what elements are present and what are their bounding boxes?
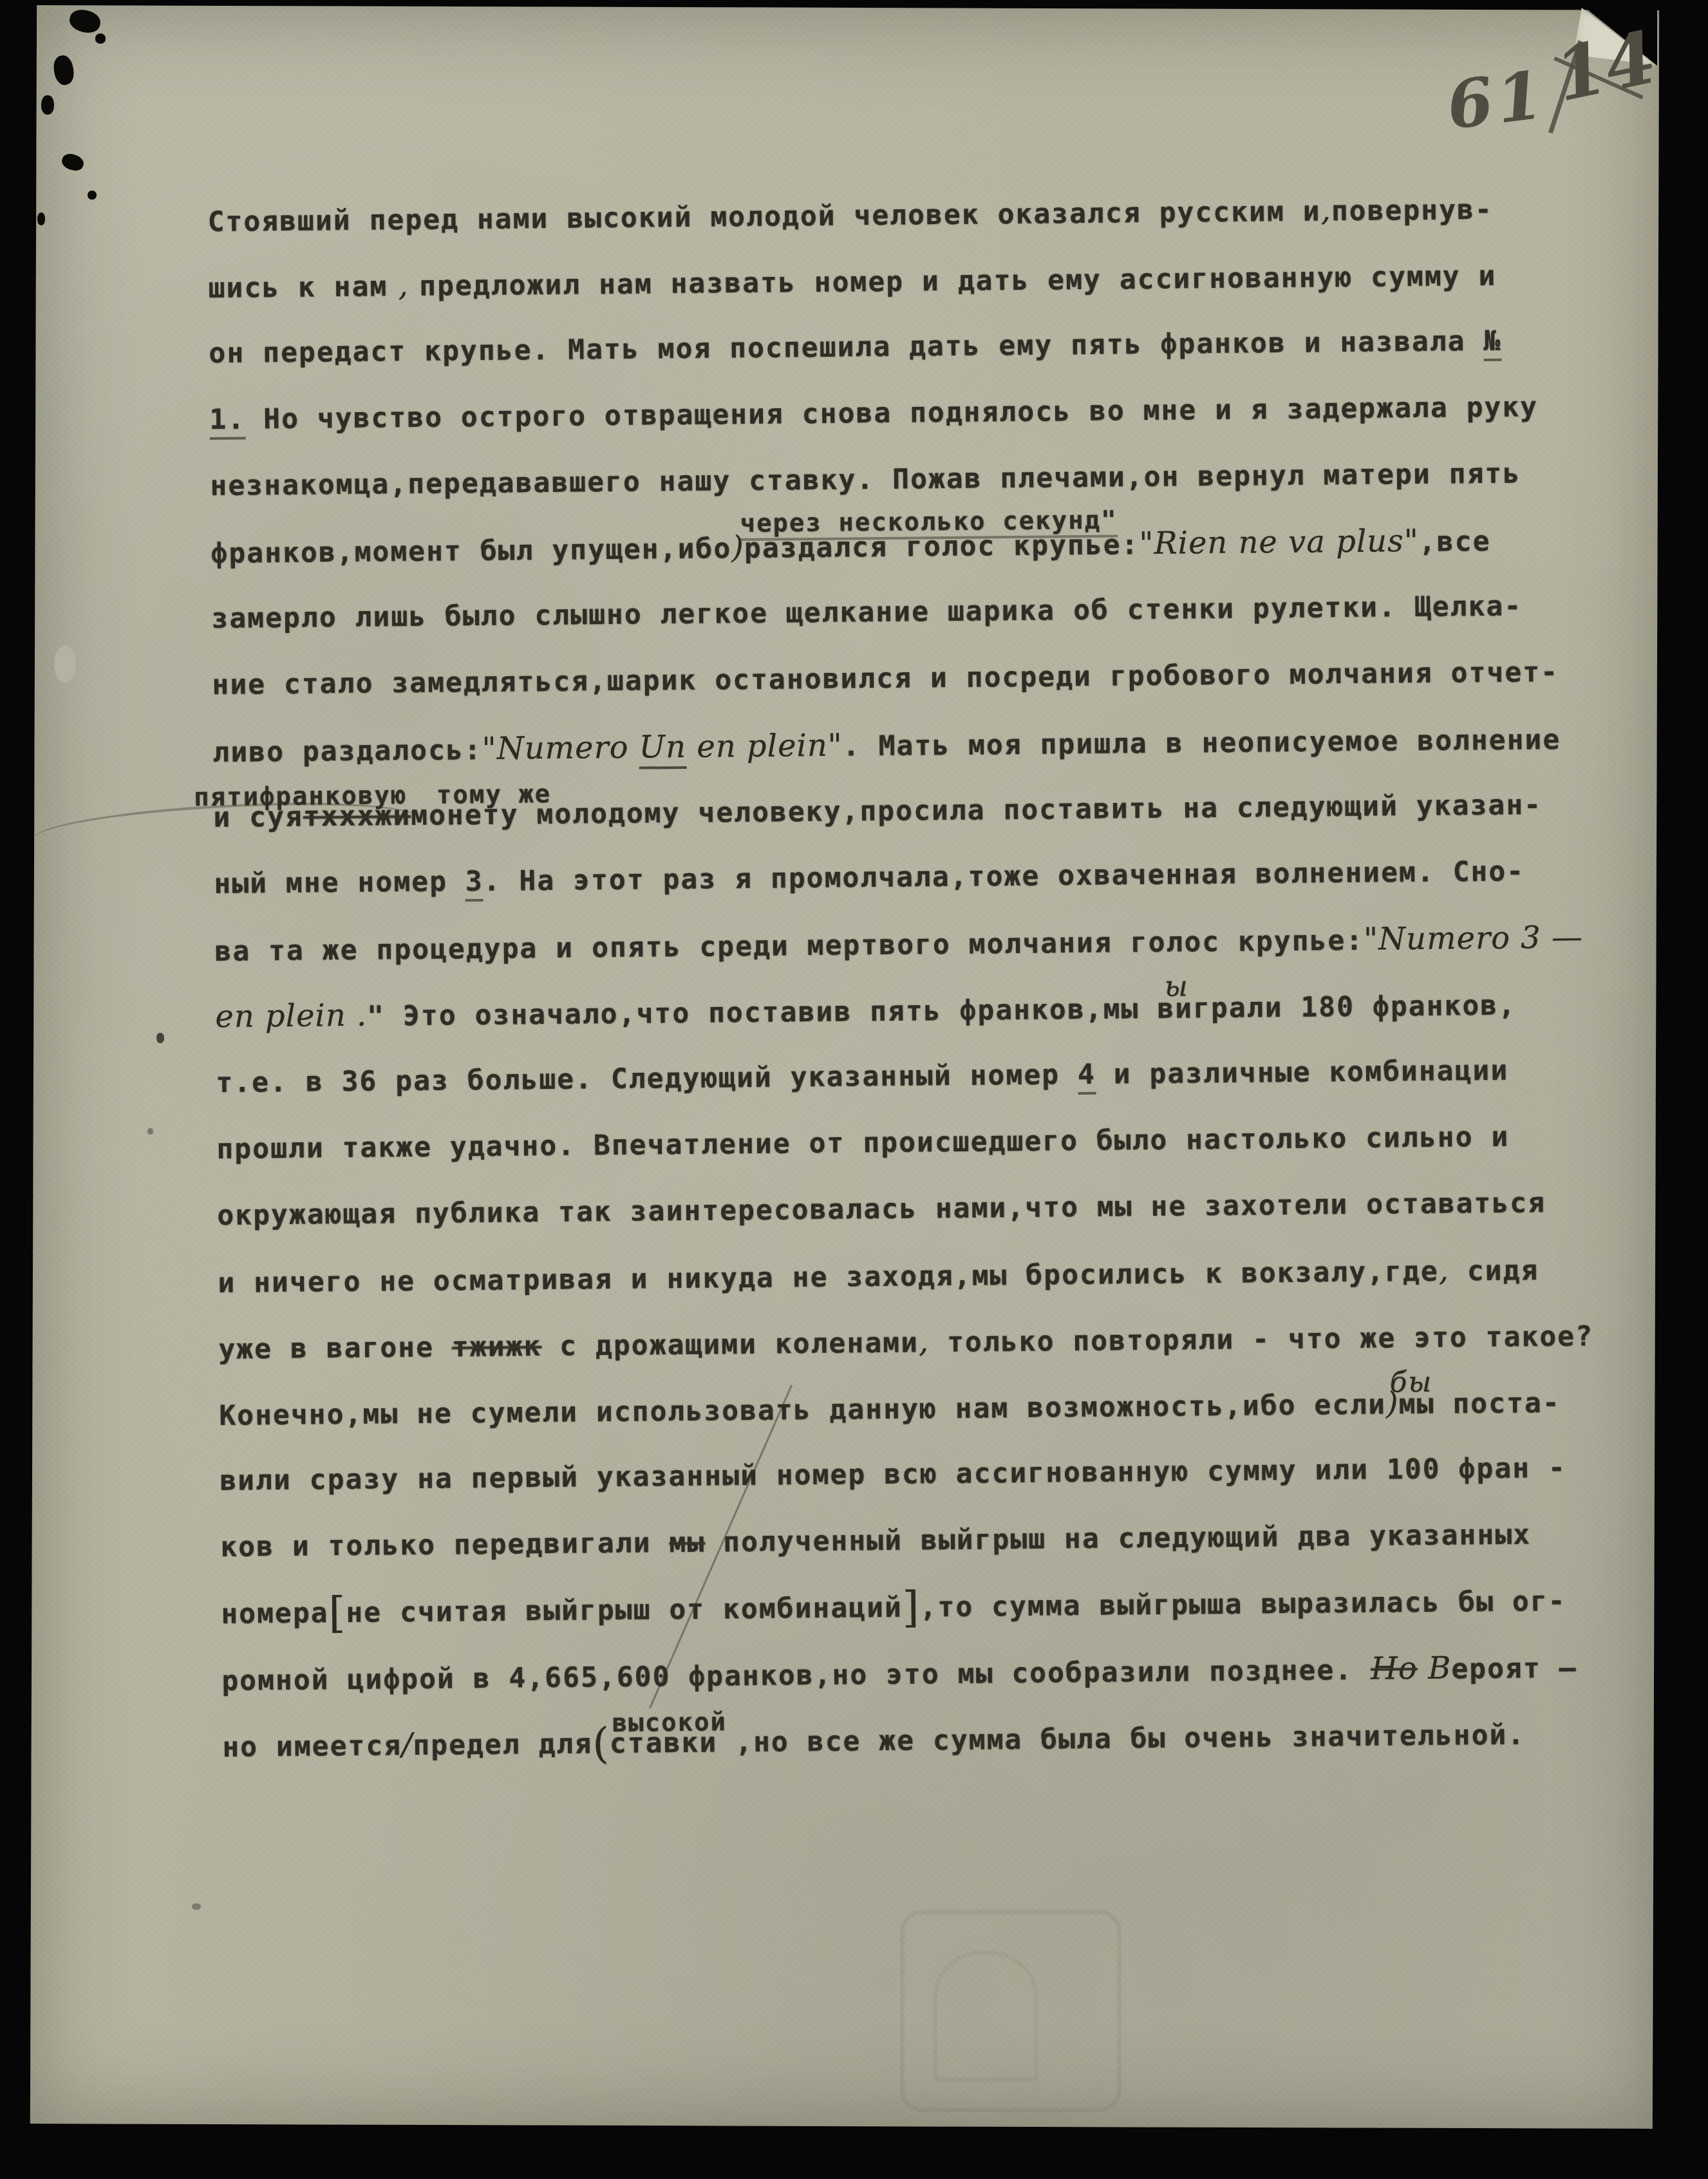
ink-speck [147, 1128, 153, 1135]
typed-segment: ставки ,но все же сумма была бы очень зн… [610, 1719, 1526, 1760]
typed-segment: Стоявший перед нами высокий молодой чело… [207, 195, 1320, 238]
typed-line: пятифранковуюи суя тхххжитому же монету … [213, 771, 1675, 851]
strikethrough-handwritten-segment: Но [1371, 1650, 1418, 1687]
typed-segment: повернув- [1331, 194, 1493, 227]
ink-speck [192, 1903, 201, 1910]
ink-blot [41, 95, 54, 115]
underlined-typed-segment: 3 [465, 865, 483, 901]
handwritten-segment: , [919, 1323, 930, 1359]
handwritten-segment: , [1320, 192, 1331, 228]
paper-edge-notch [54, 645, 76, 683]
typed-segment: Конечно,мы не сумели использовать данную… [219, 1389, 1386, 1432]
ink-blot [88, 191, 97, 200]
handwritten-segment: / [402, 1726, 413, 1762]
typed-segment: с дрожащими коленами [541, 1326, 919, 1363]
segment-with-insertion: пятифранковуюи суя [213, 784, 303, 851]
typed-segment: ва та же процедура и опять среди мертвог… [214, 925, 1364, 968]
handwritten-segment: "Numero 3 — [1364, 920, 1583, 957]
typed-segment: не считая выйгрыш от комбинаций [346, 1592, 903, 1629]
segment-with-insertion: высокойставки ,но все же сумма была бы о… [609, 1702, 1525, 1777]
interline-insertion: ы [1165, 972, 1189, 1001]
typed-segment: ние стало замедляться,шарик остановился … [212, 656, 1559, 701]
typed-segment: номера [221, 1597, 329, 1630]
ink-speck [156, 1033, 164, 1043]
segment-with-insertion: ывиграли [1157, 975, 1283, 1042]
typed-segment: и различные комбинации [1096, 1055, 1509, 1091]
typed-segment: но имеется [222, 1730, 402, 1764]
typed-segment: франков,момент был упущен,ибо [211, 533, 731, 570]
typed-segment: ный мне номер [214, 865, 465, 900]
typed-segment: " Это означало,что поставив пять франков… [367, 993, 1158, 1033]
ink-blot [95, 33, 106, 44]
strikethrough-segment: мы [669, 1527, 705, 1560]
typed-segment: замерло лишь было слышно легкое щелкание… [211, 590, 1522, 635]
typed-segment: Но чувство острого отвращения снова подн… [245, 391, 1538, 435]
typed-line: но имеется/предел для(высокойставки ,но … [222, 1699, 1684, 1780]
typed-segment: незнакомца,передававшего нашу ставку. По… [210, 457, 1521, 502]
typed-segment: вили сразу на первый указанный номер всю… [220, 1452, 1566, 1497]
typed-segment: монету молодому человеку,просила постави… [411, 789, 1542, 832]
interline-insertion: бы [1389, 1368, 1432, 1397]
typed-segment: шись к нам [208, 270, 388, 305]
typed-segment: предложил нам назвать номер и дать ему а… [419, 260, 1497, 303]
strikethrough-segment: тжижк [452, 1330, 542, 1363]
typed-segment: 180 франков, [1282, 990, 1516, 1024]
typed-segment: ероят — [1451, 1652, 1577, 1686]
typed-segment: ,все [1419, 525, 1491, 558]
handwritten-segment: , [388, 267, 419, 303]
segment-with-insertion: через несколько секунд"раздался голос кр… [744, 512, 1140, 582]
handwritten-bracket: ] [902, 1582, 919, 1632]
handwritten-segment: en plein . [215, 997, 367, 1035]
handwritten-segment: "Numero [482, 730, 639, 767]
handwritten-segment: В [1417, 1650, 1451, 1687]
typescript: Стоявший перед нами высокий молодой чело… [207, 174, 1684, 1780]
ink-blot [37, 212, 45, 225]
underlined-typed-segment: № [1483, 325, 1501, 361]
typed-segment: . Мать моя пришла в неописуемое волнение [843, 724, 1561, 763]
typed-segment: т.е. в 36 раз больше. Следующий указанны… [216, 1059, 1078, 1099]
segment-with-insertion: тому же монету молодому человеку,просила… [411, 772, 1543, 849]
handwritten-bracket: ( [592, 1719, 610, 1768]
typed-segment: уже в вагоне [218, 1331, 452, 1365]
handwritten-segment: , [1438, 1252, 1449, 1288]
typed-segment: сидя [1449, 1254, 1539, 1287]
scanned-document-page: { "annotations": { "pencil_left": "61", … [0, 0, 1708, 2179]
typed-segment: только повторяли - что же это такое? [929, 1320, 1593, 1359]
typed-segment: ,то сумма выйгрыша выразилась бы ог- [919, 1585, 1566, 1624]
typed-segment: предел для [413, 1728, 592, 1762]
interline-insertion: пятифранковую [194, 783, 408, 810]
typed-segment: и ничего не осматривая и никуда не заход… [218, 1256, 1439, 1299]
pencil-page-number: 61 [1443, 56, 1550, 145]
segment-with-insertion: бы) [1385, 1370, 1399, 1438]
interline-insertion: через несколько секунд" [740, 507, 1117, 541]
interline-insertion: высокой [612, 1710, 727, 1736]
typed-segment: ромной цифрой в 4,665,600 франков,но это… [221, 1654, 1371, 1697]
handwritten-bracket: [ [328, 1588, 346, 1637]
typed-segment: прошли также удачно. Впечатление от прои… [216, 1121, 1509, 1165]
embossed-watermark [900, 1910, 1121, 2112]
underlined-typed-segment: 4 [1078, 1059, 1096, 1095]
typed-segment: окружающая публика так заинтересовалась … [217, 1187, 1546, 1232]
underlined-handwritten-segment: Un [639, 729, 686, 769]
typed-segment: ков и только передвигали [220, 1527, 670, 1563]
typed-segment: ливо раздалось: [212, 734, 482, 769]
handwritten-segment: "Rien ne va plus" [1139, 523, 1419, 561]
typed-segment: полученный выйгрыш на следующий два указ… [705, 1518, 1531, 1558]
handwritten-segment: en plein" [686, 728, 843, 765]
underlined-typed-segment: 1. [209, 403, 245, 440]
typed-segment: . На этот раз я промолчала,тоже охваченн… [483, 855, 1525, 898]
interline-insertion: тому же [436, 782, 552, 808]
typed-segment: он передаст крупье. Мать моя поспешила д… [209, 325, 1483, 370]
